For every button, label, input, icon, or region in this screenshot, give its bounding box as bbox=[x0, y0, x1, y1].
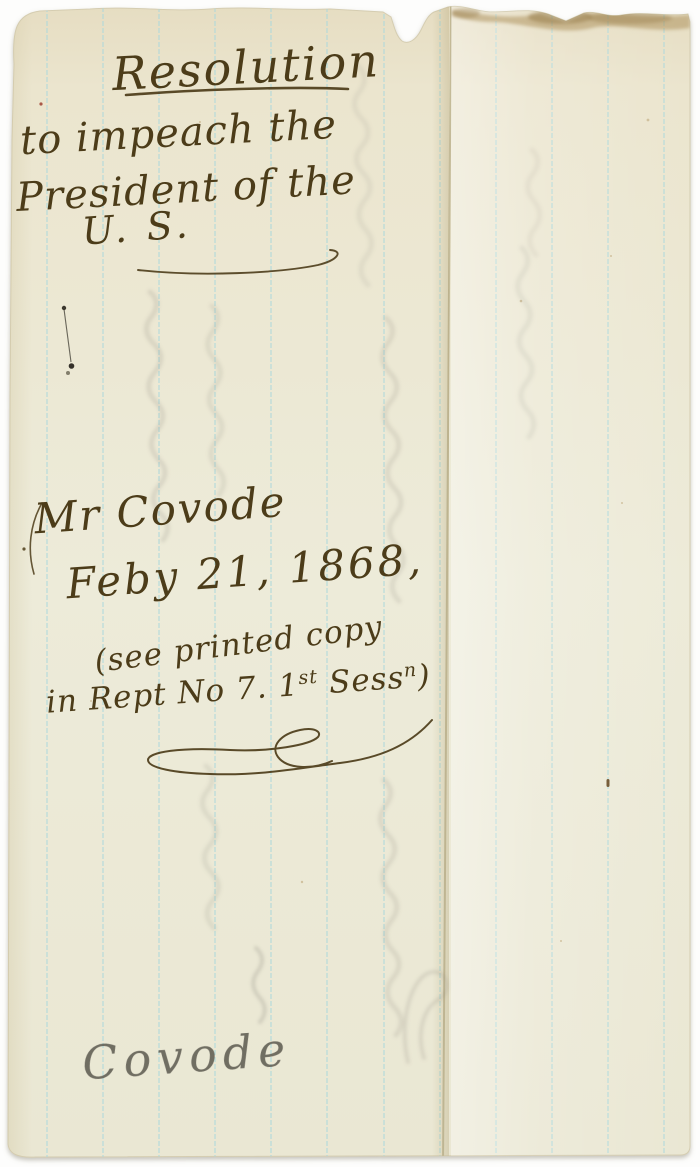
note-line-2-mid: Sess bbox=[317, 660, 406, 702]
top-stain-blob-1 bbox=[528, 10, 592, 24]
fold-right-panel-light bbox=[451, 0, 690, 1167]
note-line-2-end: ) bbox=[415, 658, 432, 695]
body-line-3: U. S. bbox=[80, 202, 192, 254]
note-line-2-sup-st: st bbox=[298, 666, 319, 689]
manuscript-photo: Resolution to impeach the President of t… bbox=[0, 0, 700, 1167]
red-speck bbox=[39, 102, 42, 105]
presenter-lead-dot bbox=[22, 547, 25, 550]
brown-speck bbox=[607, 779, 610, 787]
